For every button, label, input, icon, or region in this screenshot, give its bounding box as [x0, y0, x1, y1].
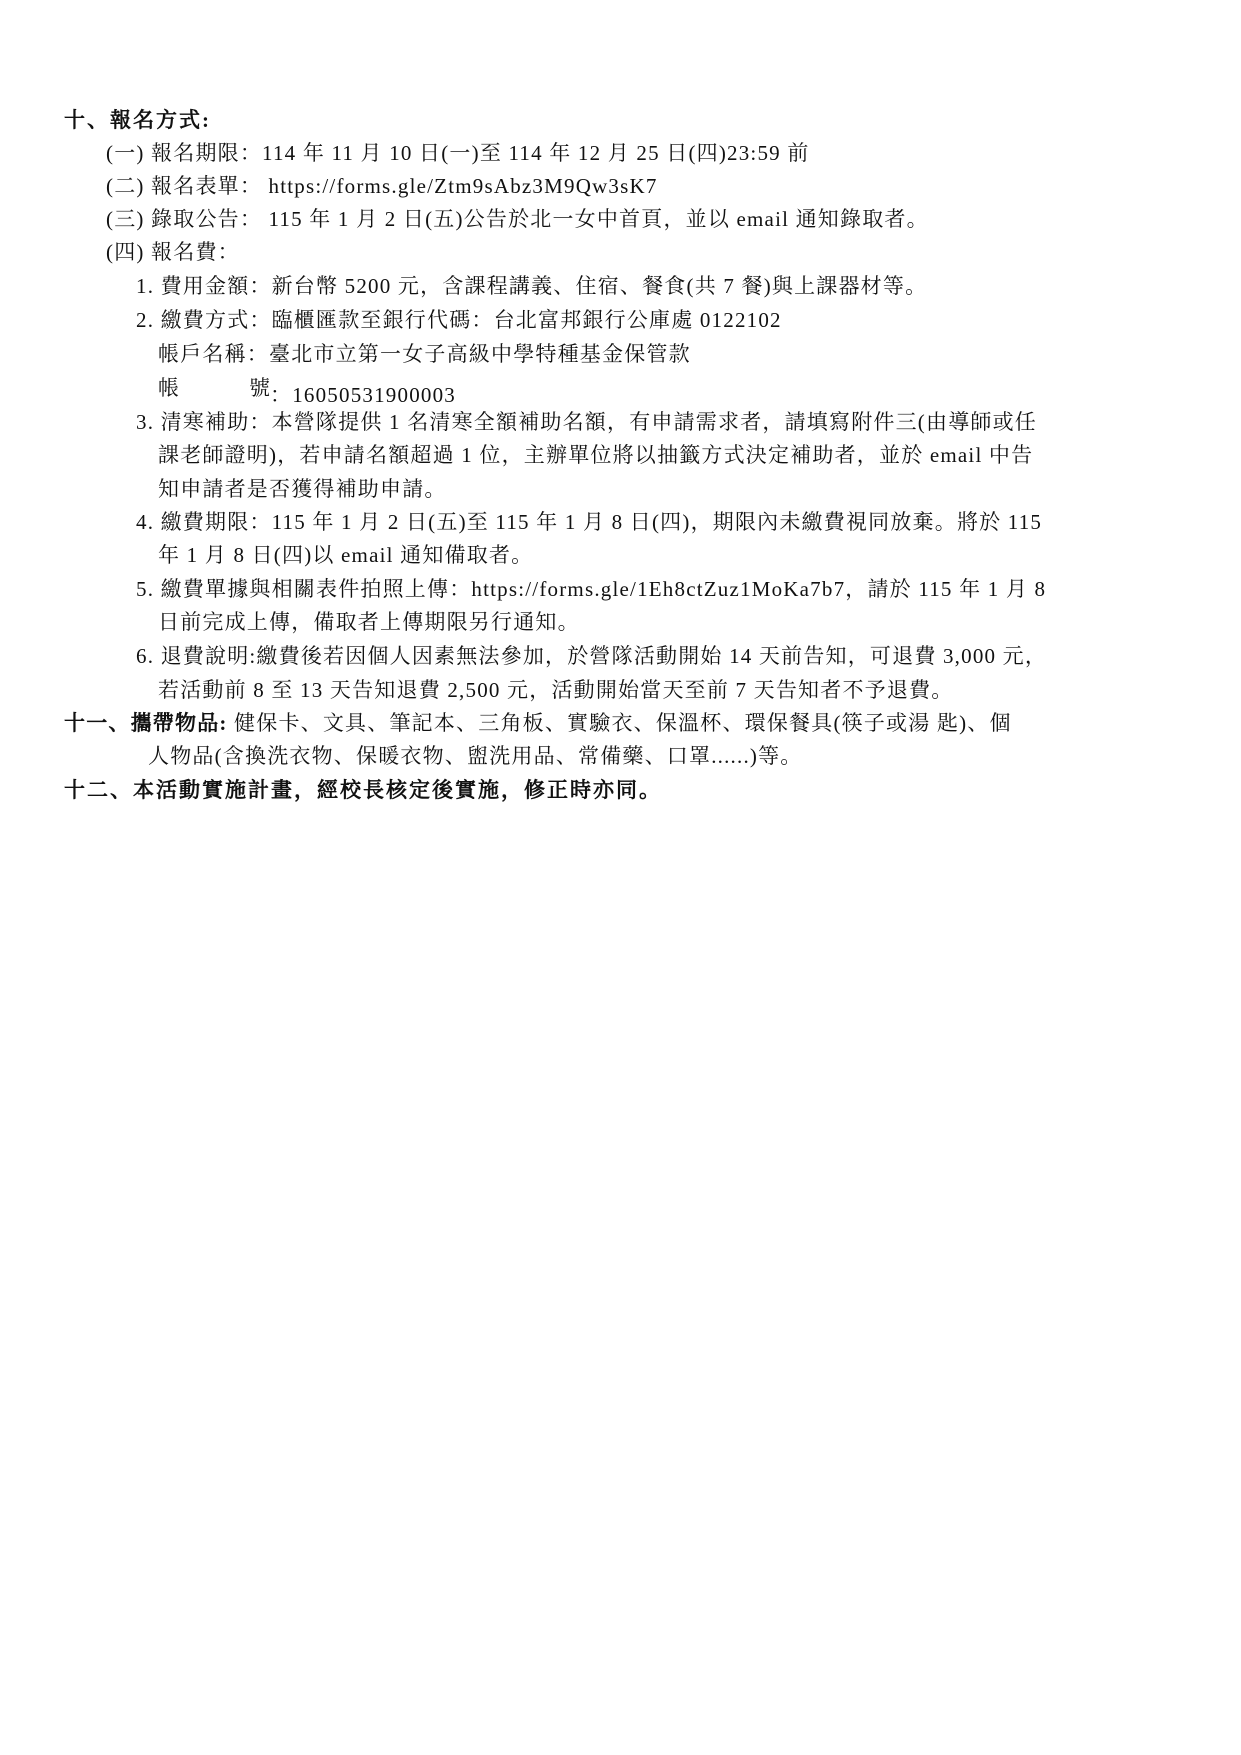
registration-form: (二) 報名表單： https://forms.gle/Ztm9sAbz3M9Q…: [106, 172, 658, 200]
section-11-items-line1: 健保卡、文具、筆記本、三角板、實驗衣、保溫杯、環保餐具(筷子或湯 匙)、個: [228, 711, 1012, 735]
account-number-value: ：16050531900003: [270, 383, 456, 407]
refund-policy-line1: 6. 退費說明:繳費後若因個人因素無法參加，於營隊活動開始 14 天前告知，可退…: [136, 642, 1047, 670]
low-income-subsidy-line3: 知申請者是否獲得補助申請。: [158, 475, 447, 503]
account-name: 帳戶名稱：臺北市立第一女子高級中學特種基金保管款: [158, 340, 691, 368]
registration-form-link[interactable]: https://forms.gle/Ztm9sAbz3M9Qw3sK7: [262, 174, 658, 198]
fee-amount: 1. 費用金額：新台幣 5200 元，含課程講義、住宿、餐食(共 7 餐)與上課…: [136, 272, 927, 300]
item-label: 報名費：: [151, 240, 240, 264]
receipt-upload-line1[interactable]: 5. 繳費單據與相關表件拍照上傳：https://forms.gle/1Eh8c…: [136, 575, 1046, 603]
item-marker: (三): [106, 207, 145, 231]
low-income-subsidy-line2: 課老師證明)，若申請名額超過 1 位，主辦單位將以抽籤方式決定補助者，並於 em…: [158, 441, 1033, 469]
section-11-items-line2: 人物品(含換洗衣物、保暖衣物、盥洗用品、常備藥、口罩......)等。: [148, 742, 802, 770]
section-12-heading: 十二、本活動實施計畫，經校長核定後實施，修正時亦同。: [64, 776, 662, 804]
section-10-heading: 十、報名方式:: [64, 106, 211, 134]
item-marker: (四): [106, 240, 145, 264]
account-number-label: 帳號: [158, 374, 270, 402]
item-label: 報名表單：: [151, 174, 262, 198]
payment-deadline-line2: 年 1 月 8 日(四)以 email 通知備取者。: [158, 541, 533, 569]
section-11: 十一、攜帶物品: 健保卡、文具、筆記本、三角板、實驗衣、保溫杯、環保餐具(筷子或…: [64, 709, 1012, 737]
admission-announcement: (三) 錄取公告： 115 年 1 月 2 日(五)公告於北一女中首頁，並以 e…: [106, 205, 929, 233]
item-label: 錄取公告：: [151, 207, 262, 231]
section-11-heading: 十一、攜帶物品:: [64, 711, 228, 735]
receipt-upload-line2: 日前完成上傳，備取者上傳期限另行通知。: [158, 608, 580, 636]
item-marker: (二): [106, 174, 145, 198]
payment-method: 2. 繳費方式：臨櫃匯款至銀行代碼：台北富邦銀行公庫處 0122102: [136, 306, 782, 334]
item-marker: (一): [106, 141, 145, 165]
registration-fee-heading: (四) 報名費：: [106, 238, 240, 266]
account-number: 帳號：16050531900003: [158, 374, 456, 409]
low-income-subsidy-line1: 3. 清寒補助：本營隊提供 1 名清寒全額補助名額，有申請需求者，請填寫附件三(…: [136, 408, 1037, 436]
item-text: 114 年 11 月 10 日(一)至 114 年 12 月 25 日(四)23…: [262, 141, 809, 165]
item-text: 115 年 1 月 2 日(五)公告於北一女中首頁，並以 email 通知錄取者…: [262, 207, 929, 231]
item-label: 報名期限：: [151, 141, 262, 165]
refund-policy-line2: 若活動前 8 至 13 天告知退費 2,500 元，活動開始當天至前 7 天告知…: [158, 676, 953, 704]
registration-period: (一) 報名期限：114 年 11 月 10 日(一)至 114 年 12 月 …: [106, 139, 810, 167]
document-page: 十、報名方式: (一) 報名期限：114 年 11 月 10 日(一)至 114…: [0, 0, 1241, 1755]
payment-deadline-line1: 4. 繳費期限：115 年 1 月 2 日(五)至 115 年 1 月 8 日(…: [136, 508, 1042, 536]
